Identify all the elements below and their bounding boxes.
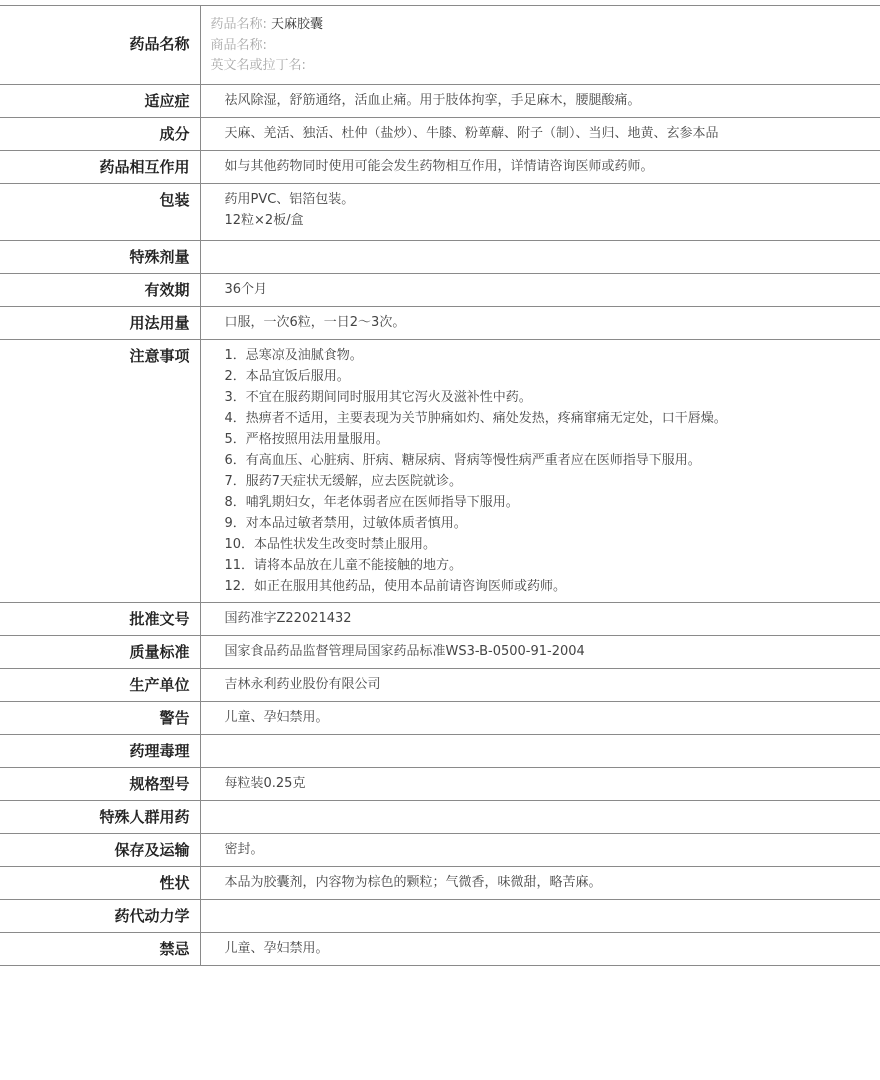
generic-name-line: 药品名称: 天麻胶囊	[211, 15, 880, 36]
value-contraindications: 儿童、孕妇禁用。	[200, 932, 880, 965]
row-toxicology: 药理毒理	[0, 734, 880, 767]
row-shelf-life: 有效期 36个月	[0, 273, 880, 306]
precaution-item: 10．本品性状发生改变时禁止服用。	[225, 534, 880, 555]
precaution-item: 11．请将本品放在儿童不能接触的地方。	[225, 555, 880, 576]
label-interactions: 药品相互作用	[0, 150, 200, 183]
english-name-key: 英文名或拉丁名:	[211, 58, 306, 73]
value-toxicology	[200, 734, 880, 767]
label-toxicology: 药理毒理	[0, 734, 200, 767]
drug-spec-table: 药品名称 药品名称: 天麻胶囊 商品名称: 英文名或拉丁名: 适应症 祛风除湿，…	[0, 5, 880, 966]
label-drug-name: 药品名称	[0, 6, 200, 85]
precaution-item: 8．哺乳期妇女，年老体弱者应在医师指导下服用。	[225, 492, 880, 513]
value-dosage: 口服，一次6粒，一日2～3次。	[200, 306, 880, 339]
label-special-dosage: 特殊剂量	[0, 240, 200, 273]
value-warning: 儿童、孕妇禁用。	[200, 701, 880, 734]
row-storage: 保存及运输 密封。	[0, 833, 880, 866]
label-manufacturer: 生产单位	[0, 668, 200, 701]
value-ingredients: 天麻、羌活、独活、杜仲（盐炒）、牛膝、粉萆薢、附子（制）、当归、地黄、玄参本品	[200, 117, 880, 150]
label-warning: 警告	[0, 701, 200, 734]
label-dosage: 用法用量	[0, 306, 200, 339]
label-pharmacokinetics: 药代动力学	[0, 899, 200, 932]
value-packaging: 药用PVC、铝箔包装。 12粒×2板/盒	[200, 183, 880, 240]
row-specification: 规格型号 每粒装0.25克	[0, 767, 880, 800]
label-contraindications: 禁忌	[0, 932, 200, 965]
label-description: 性状	[0, 866, 200, 899]
row-special-dosage: 特殊剂量	[0, 240, 880, 273]
row-manufacturer: 生产单位 吉林永利药业股份有限公司	[0, 668, 880, 701]
label-specification: 规格型号	[0, 767, 200, 800]
row-pharmacokinetics: 药代动力学	[0, 899, 880, 932]
generic-name-value: 天麻胶囊	[271, 17, 323, 32]
row-special-population: 特殊人群用药	[0, 800, 880, 833]
row-contraindications: 禁忌 儿童、孕妇禁用。	[0, 932, 880, 965]
value-quality-standard: 国家食品药品监督管理局国家药品标准WS3-B-0500-91-2004	[200, 635, 880, 668]
row-dosage: 用法用量 口服，一次6粒，一日2～3次。	[0, 306, 880, 339]
generic-name-key: 药品名称:	[211, 17, 267, 32]
precaution-item: 7．服药7天症状无缓解，应去医院就诊。	[225, 471, 880, 492]
row-interactions: 药品相互作用 如与其他药物同时使用可能会发生药物相互作用，详情请咨询医师或药师。	[0, 150, 880, 183]
precaution-item: 12．如正在服用其他药品，使用本品前请咨询医师或药师。	[225, 576, 880, 597]
label-special-population: 特殊人群用药	[0, 800, 200, 833]
english-name-line: 英文名或拉丁名:	[211, 56, 880, 77]
value-description: 本品为胶囊剂，内容物为棕色的颗粒；气微香，味微甜，略苦麻。	[200, 866, 880, 899]
row-warning: 警告 儿童、孕妇禁用。	[0, 701, 880, 734]
value-storage: 密封。	[200, 833, 880, 866]
value-precautions: 1．忌寒凉及油腻食物。 2．本品宜饭后服用。 3．不宜在服药期间同时服用其它泻火…	[200, 339, 880, 602]
row-approval-number: 批准文号 国药准字Z22021432	[0, 602, 880, 635]
trade-name-line: 商品名称:	[211, 36, 880, 57]
precaution-item: 2．本品宜饭后服用。	[225, 366, 880, 387]
precaution-item: 4．热痹者不适用，主要表现为关节肿痛如灼、痛处发热，疼痛窜痛无定处，口干唇燥。	[225, 408, 880, 429]
value-special-population	[200, 800, 880, 833]
label-approval-number: 批准文号	[0, 602, 200, 635]
value-drug-name: 药品名称: 天麻胶囊 商品名称: 英文名或拉丁名:	[200, 6, 880, 85]
packaging-line: 药用PVC、铝箔包装。	[225, 189, 880, 210]
value-pharmacokinetics	[200, 899, 880, 932]
precaution-item: 3．不宜在服药期间同时服用其它泻火及滋补性中药。	[225, 387, 880, 408]
row-description: 性状 本品为胶囊剂，内容物为棕色的颗粒；气微香，味微甜，略苦麻。	[0, 866, 880, 899]
row-precautions: 注意事项 1．忌寒凉及油腻食物。 2．本品宜饭后服用。 3．不宜在服药期间同时服…	[0, 339, 880, 602]
label-shelf-life: 有效期	[0, 273, 200, 306]
precaution-item: 5．严格按照用法用量服用。	[225, 429, 880, 450]
row-packaging: 包装 药用PVC、铝箔包装。 12粒×2板/盒	[0, 183, 880, 240]
trade-name-key: 商品名称:	[211, 38, 267, 53]
value-specification: 每粒装0.25克	[200, 767, 880, 800]
value-approval-number: 国药准字Z22021432	[200, 602, 880, 635]
label-quality-standard: 质量标准	[0, 635, 200, 668]
label-storage: 保存及运输	[0, 833, 200, 866]
precaution-item: 9．对本品过敏者禁用，过敏体质者慎用。	[225, 513, 880, 534]
precaution-item: 1．忌寒凉及油腻食物。	[225, 345, 880, 366]
value-special-dosage	[200, 240, 880, 273]
row-indications: 适应症 祛风除湿，舒筋通络，活血止痛。用于肢体拘挛，手足麻木，腰腿酸痛。	[0, 84, 880, 117]
row-ingredients: 成分 天麻、羌活、独活、杜仲（盐炒）、牛膝、粉萆薢、附子（制）、当归、地黄、玄参…	[0, 117, 880, 150]
label-ingredients: 成分	[0, 117, 200, 150]
value-indications: 祛风除湿，舒筋通络，活血止痛。用于肢体拘挛，手足麻木，腰腿酸痛。	[200, 84, 880, 117]
row-drug-name: 药品名称 药品名称: 天麻胶囊 商品名称: 英文名或拉丁名:	[0, 6, 880, 85]
value-shelf-life: 36个月	[200, 273, 880, 306]
row-quality-standard: 质量标准 国家食品药品监督管理局国家药品标准WS3-B-0500-91-2004	[0, 635, 880, 668]
value-interactions: 如与其他药物同时使用可能会发生药物相互作用，详情请咨询医师或药师。	[200, 150, 880, 183]
label-packaging: 包装	[0, 183, 200, 240]
packaging-line: 12粒×2板/盒	[225, 210, 880, 231]
value-manufacturer: 吉林永利药业股份有限公司	[200, 668, 880, 701]
label-indications: 适应症	[0, 84, 200, 117]
precaution-item: 6．有高血压、心脏病、肝病、糖尿病、肾病等慢性病严重者应在医师指导下服用。	[225, 450, 880, 471]
label-precautions: 注意事项	[0, 339, 200, 602]
